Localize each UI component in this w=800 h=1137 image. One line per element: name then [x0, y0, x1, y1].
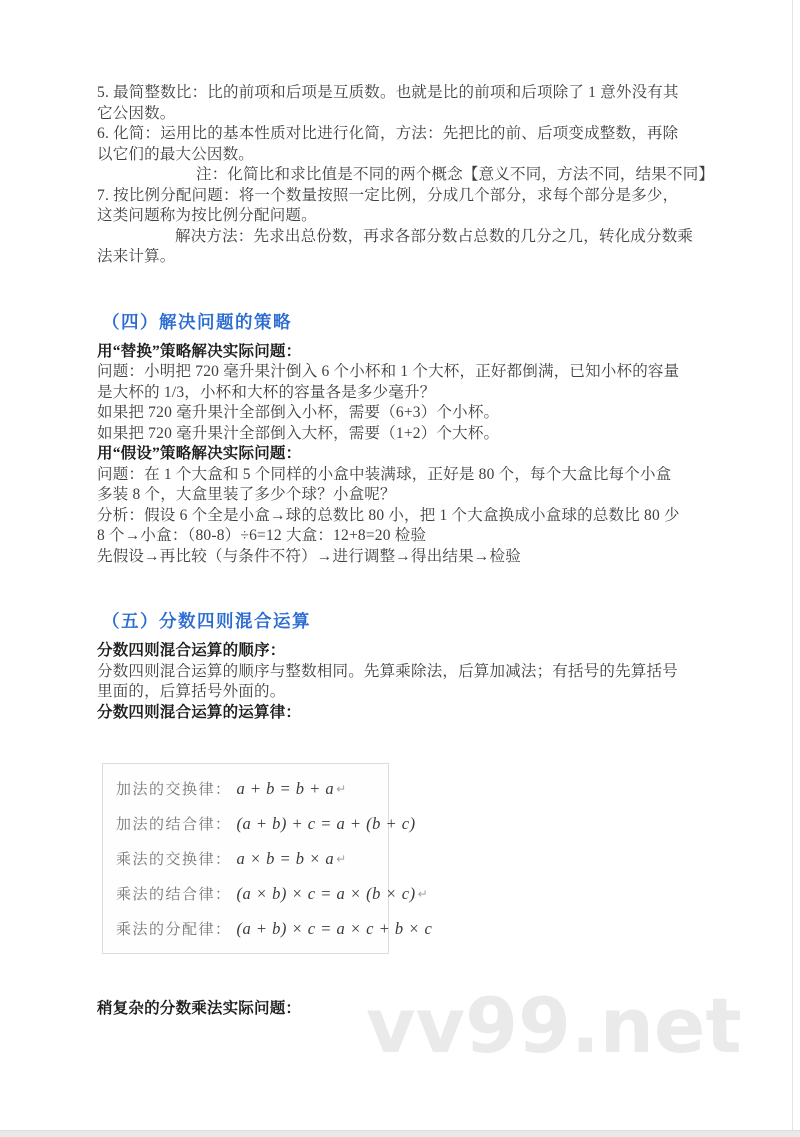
document-page: vv99.net 5. 最简整数比：比的前项和后项是互质数。也就是比的前项和后项… [0, 0, 800, 1137]
formula-row: 加法的交换律：a + b = b + a↵ [116, 771, 388, 806]
body-line: 以它们的最大公因数。 [97, 145, 737, 166]
return-mark-icon: ↵ [418, 887, 428, 901]
formula-row: 加法的结合律：(a + b) + c = a + (b + c) [116, 806, 388, 841]
formula-label: 加法的交换律： [116, 778, 232, 799]
body-line: 法来计算。 [97, 247, 737, 268]
return-mark-icon: ↵ [336, 852, 346, 866]
body-line: 分析：假设 6 个全是小盒→球的总数比 80 小，把 1 个大盒换成小盒球的总数… [97, 506, 737, 527]
body-line: 7. 按比例分配问题：将一个数量按照一定比例，分成几个部分，求每个部分是多少， [97, 186, 737, 207]
formula-math: a × b = b × a [237, 849, 335, 869]
body-line: 解决方法：先求出总份数，再求各部分数占总数的几分之几，转化成分数乘 [97, 227, 737, 248]
body-line: 它公因数。 [97, 104, 737, 125]
bold-line: 用“假设”策略解决实际问题： [97, 444, 737, 465]
formula-box: 加法的交换律：a + b = b + a↵加法的结合律：(a + b) + c … [102, 763, 389, 954]
body-line: 如果把 720 毫升果汁全部倒入小杯，需要（6+3）个小杯。 [97, 403, 737, 424]
body-line: 先假设→再比较（与条件不符）→进行调整→得出结果→检验 [97, 547, 737, 568]
section-heading: （五）分数四则混合运算 [102, 609, 737, 633]
bold-line: 分数四则混合运算的运算律： [97, 703, 737, 724]
bold-line: 稍复杂的分数乘法实际问题： [97, 999, 737, 1020]
formula-row: 乘法的分配律：(a + b) × c = a × c + b × c [116, 911, 388, 946]
document-body: 5. 最简整数比：比的前项和后项是互质数。也就是比的前项和后项除了 1 意外没有… [97, 83, 737, 1020]
formula-label: 乘法的分配律： [116, 918, 232, 939]
body-line: 注：化简比和求比值是不同的两个概念【意义不同，方法不同，结果不同】 [97, 165, 737, 186]
formula-label: 加法的结合律： [116, 813, 232, 834]
body-line: 问题：小明把 720 毫升果汁倒入 6 个小杯和 1 个大杯，正好都倒满，已知小… [97, 362, 737, 383]
body-line: 是大杯的 1/3，小杯和大杯的容量各是多少毫升？ [97, 383, 737, 404]
body-line: 里面的，后算括号外面的。 [97, 682, 737, 703]
bold-line: 用“替换”策略解决实际问题： [97, 342, 737, 363]
body-line: 多装 8 个，大盒里装了多少个球？小盒呢？ [97, 485, 737, 506]
bold-line: 分数四则混合运算的顺序： [97, 641, 737, 662]
formula-label: 乘法的交换律： [116, 848, 232, 869]
formula-math: (a + b) + c = a + (b + c) [237, 814, 416, 834]
scrollbar-track[interactable] [792, 0, 793, 1130]
return-mark-icon: ↵ [336, 782, 346, 796]
formula-math: a + b = b + a [237, 779, 335, 799]
formula-math: (a + b) × c = a × c + b × c [237, 919, 433, 939]
formula-row: 乘法的结合律：(a × b) × c = a × (b × c)↵ [116, 876, 388, 911]
horizontal-scrollbar[interactable] [0, 1130, 800, 1137]
body-line: 5. 最简整数比：比的前项和后项是互质数。也就是比的前项和后项除了 1 意外没有… [97, 83, 737, 104]
formula-row: 乘法的交换律：a × b = b × a↵ [116, 841, 388, 876]
formula-label: 乘法的结合律： [116, 883, 232, 904]
body-line: 6. 化简：运用比的基本性质对比进行化简，方法：先把比的前、后项变成整数，再除 [97, 124, 737, 145]
body-line: 分数四则混合运算的顺序与整数相同。先算乘除法，后算加减法；有括号的先算括号 [97, 662, 737, 683]
formula-math: (a × b) × c = a × (b × c) [237, 884, 416, 904]
body-line: 如果把 720 毫升果汁全部倒入大杯，需要（1+2）个大杯。 [97, 424, 737, 445]
section-heading: （四）解决问题的策略 [102, 310, 737, 334]
body-line: 8 个→小盒：（80-8）÷6=12 大盒：12+8=20 检验 [97, 526, 737, 547]
body-line: 这类问题称为按比例分配问题。 [97, 206, 737, 227]
body-line: 问题：在 1 个大盒和 5 个同样的小盒中装满球，正好是 80 个，每个大盒比每… [97, 465, 737, 486]
